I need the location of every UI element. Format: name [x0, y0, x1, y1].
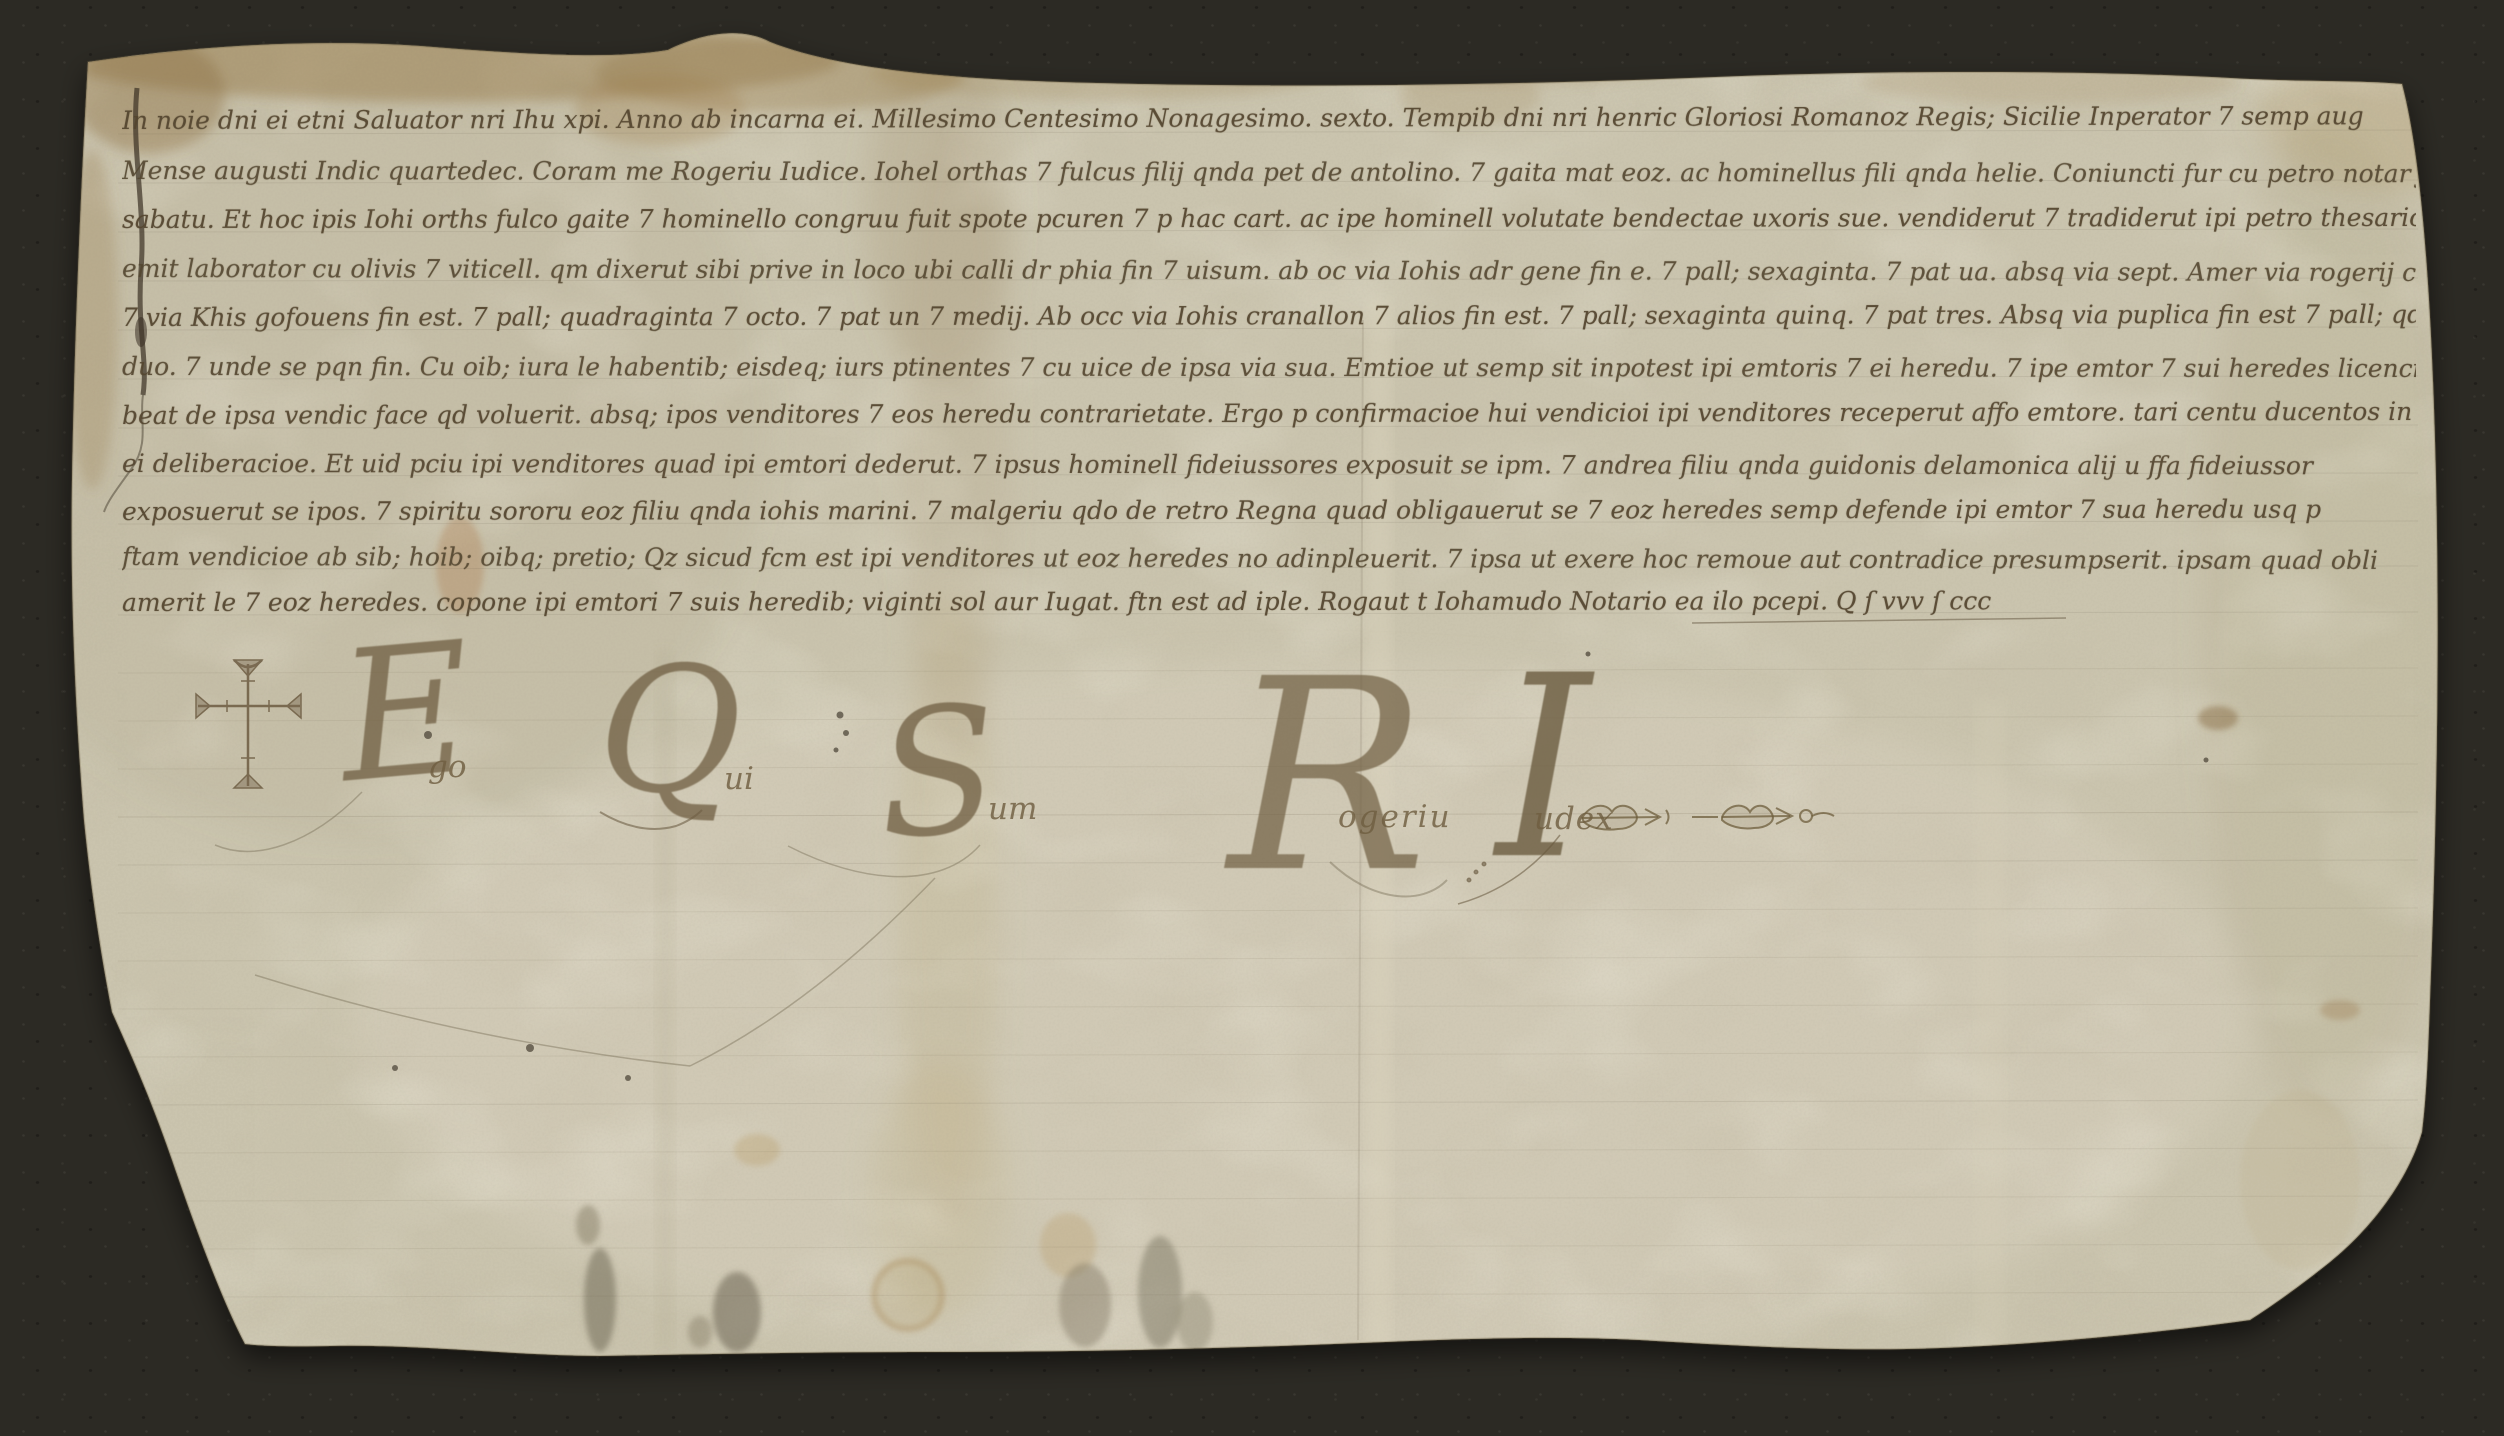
charter-text-line: emit laborator cu olivis 7 viticell. qm …: [122, 247, 2416, 295]
initial-qui-rest: ui: [724, 764, 754, 795]
initial-iudex: I: [1496, 642, 1591, 894]
charter-text-line: ftam vendicioe ab sib; hoib; oibq; preti…: [122, 535, 2416, 583]
charter-text-line: 7 via Khis gofouens fin est. 7 pall; qua…: [122, 293, 2416, 340]
initial-rogerius: R: [1228, 645, 1428, 910]
initial-iudex-rest: udex: [1534, 804, 1614, 835]
initial-qui: Q: [595, 642, 745, 822]
charter-text-line: duo. 7 unde se pqn fin. Cu oib; iura le …: [122, 345, 2416, 391]
photo-backdrop: In noie dni ei etni Saluator nri Ihu xpi…: [0, 0, 2504, 1436]
initial-ego-rest: go: [428, 752, 467, 783]
charter-text-line: In noie dni ei etni Saluator nri Ihu xpi…: [122, 94, 2416, 143]
initial-sum: S: [872, 682, 1004, 865]
charter-text-line: sabatu. Et hoc ipis Iohi orths fulco gai…: [122, 196, 2416, 242]
initial-sum-rest: um: [988, 794, 1037, 825]
charter-text-line: beat de ipsa vendic face qd voluerit. ab…: [122, 390, 2416, 438]
charter-text-line: Mense augusti Indic quartedec. Coram me …: [122, 149, 2416, 196]
initial-rogerius-rest: ogeriu: [1338, 802, 1452, 833]
charter-text-line: amerit le 7 eoz heredes. copone ipi emto…: [122, 579, 2416, 625]
charter-text-line: exposuerut se ipos. 7 spiritu sororu eoz…: [122, 488, 2416, 534]
charter-text-line: ei deliberacioe. Et uid pciu ipi vendito…: [122, 442, 2416, 488]
